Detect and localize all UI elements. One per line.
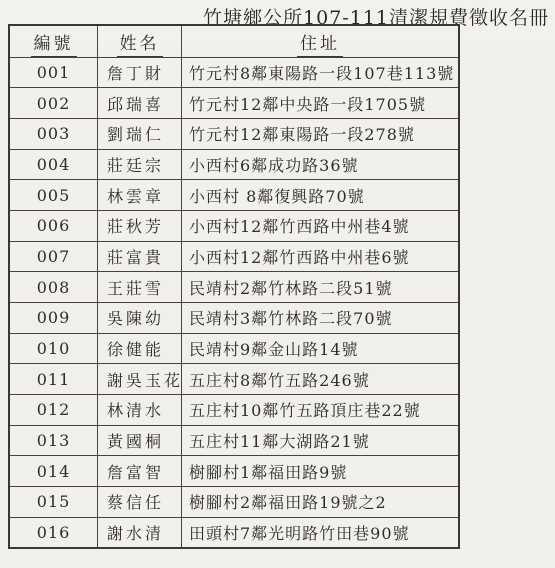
cell-number: 014 — [9, 456, 98, 487]
header-row: 編號 姓名 住址 — [9, 25, 459, 57]
cell-number: 005 — [9, 180, 98, 211]
cell-address: 民靖村3鄰竹林路二段70號 — [182, 303, 460, 334]
cell-number: 001 — [9, 57, 98, 88]
cell-name: 林雲章 — [98, 180, 182, 211]
cell-number: 007 — [9, 241, 98, 272]
cell-number: 009 — [9, 303, 98, 334]
cell-number: 012 — [9, 395, 98, 426]
cell-address: 竹元村8鄰東陽路一段107巷113號 — [182, 57, 460, 88]
cell-number: 011 — [9, 364, 98, 395]
table-row: 012林清水五庄村10鄰竹五路頂庄巷22號 — [9, 395, 459, 426]
cell-address: 五庄村10鄰竹五路頂庄巷22號 — [182, 395, 460, 426]
table-row: 010徐健能民靖村9鄰金山路14號 — [9, 333, 459, 364]
cell-name: 黃國桐 — [98, 425, 182, 456]
table-row: 003劉瑞仁竹元村12鄰東陽路一段278號 — [9, 118, 459, 149]
table-row: 004莊廷宗小西村6鄰成功路36號 — [9, 149, 459, 180]
cell-address: 民靖村2鄰竹林路二段51號 — [182, 272, 460, 303]
cell-name: 徐健能 — [98, 333, 182, 364]
cell-address: 五庄村11鄰大湖路21號 — [182, 425, 460, 456]
table-row: 007莊富貴小西村12鄰竹西路中州巷6號 — [9, 241, 459, 272]
cell-address: 竹元村12鄰東陽路一段278號 — [182, 118, 460, 149]
cell-address: 小西村12鄰竹西路中州巷4號 — [182, 210, 460, 241]
cell-name: 詹富智 — [98, 456, 182, 487]
cell-name: 劉瑞仁 — [98, 118, 182, 149]
cell-name: 王莊雪 — [98, 272, 182, 303]
header-address-label: 住址 — [297, 34, 343, 57]
table-row: 016謝水清田頭村7鄰光明路竹田巷90號 — [9, 517, 459, 548]
cell-address: 竹元村12鄰中央路一段1705號 — [182, 88, 460, 119]
table-row: 011謝吳玉花五庄村8鄰竹五路246號 — [9, 364, 459, 395]
cell-name: 謝吳玉花 — [98, 364, 182, 395]
cell-number: 013 — [9, 425, 98, 456]
header-name-label: 姓名 — [117, 34, 163, 57]
header-number-label: 編號 — [31, 34, 77, 57]
cell-name: 蔡信任 — [98, 487, 182, 518]
cell-number: 015 — [9, 487, 98, 518]
cell-name: 謝水清 — [98, 517, 182, 548]
table-body: 001詹丁財竹元村8鄰東陽路一段107巷113號002邱瑞喜竹元村12鄰中央路一… — [9, 57, 459, 548]
cell-name: 莊廷宗 — [98, 149, 182, 180]
fee-roster-table: 編號 姓名 住址 001詹丁財竹元村8鄰東陽路一段107巷113號002邱瑞喜竹… — [8, 24, 460, 549]
table-row: 008王莊雪民靖村2鄰竹林路二段51號 — [9, 272, 459, 303]
cell-address: 樹腳村1鄰福田路9號 — [182, 456, 460, 487]
cell-address: 小西村 8鄰復興路70號 — [182, 180, 460, 211]
scanned-document-page: 竹塘鄉公所107-111清潔規費徵收名冊 編號 姓名 住址 001詹丁財竹元村8… — [0, 0, 555, 568]
cell-address: 民靖村9鄰金山路14號 — [182, 333, 460, 364]
cell-address: 五庄村8鄰竹五路246號 — [182, 364, 460, 395]
header-name: 姓名 — [98, 25, 182, 57]
header-address: 住址 — [182, 25, 460, 57]
table-row: 005林雲章小西村 8鄰復興路70號 — [9, 180, 459, 211]
table-row: 013黃國桐五庄村11鄰大湖路21號 — [9, 425, 459, 456]
table-row: 015蔡信任樹腳村2鄰福田路19號之2 — [9, 487, 459, 518]
cell-name: 詹丁財 — [98, 57, 182, 88]
table-row: 006莊秋芳小西村12鄰竹西路中州巷4號 — [9, 210, 459, 241]
cell-name: 莊富貴 — [98, 241, 182, 272]
cell-address: 小西村6鄰成功路36號 — [182, 149, 460, 180]
cell-name: 林清水 — [98, 395, 182, 426]
cell-name: 吳陳幼 — [98, 303, 182, 334]
cell-name: 邱瑞喜 — [98, 88, 182, 119]
cell-number: 010 — [9, 333, 98, 364]
cell-number: 016 — [9, 517, 98, 548]
cell-number: 004 — [9, 149, 98, 180]
header-number: 編號 — [9, 25, 98, 57]
table-row: 014詹富智樹腳村1鄰福田路9號 — [9, 456, 459, 487]
table-row: 001詹丁財竹元村8鄰東陽路一段107巷113號 — [9, 57, 459, 88]
cell-address: 樹腳村2鄰福田路19號之2 — [182, 487, 460, 518]
cell-address: 小西村12鄰竹西路中州巷6號 — [182, 241, 460, 272]
cell-number: 003 — [9, 118, 98, 149]
cell-address: 田頭村7鄰光明路竹田巷90號 — [182, 517, 460, 548]
cell-number: 008 — [9, 272, 98, 303]
cell-name: 莊秋芳 — [98, 210, 182, 241]
table-row: 009吳陳幼民靖村3鄰竹林路二段70號 — [9, 303, 459, 334]
cell-number: 002 — [9, 88, 98, 119]
table-header: 編號 姓名 住址 — [9, 25, 459, 57]
table-row: 002邱瑞喜竹元村12鄰中央路一段1705號 — [9, 88, 459, 119]
cell-number: 006 — [9, 210, 98, 241]
